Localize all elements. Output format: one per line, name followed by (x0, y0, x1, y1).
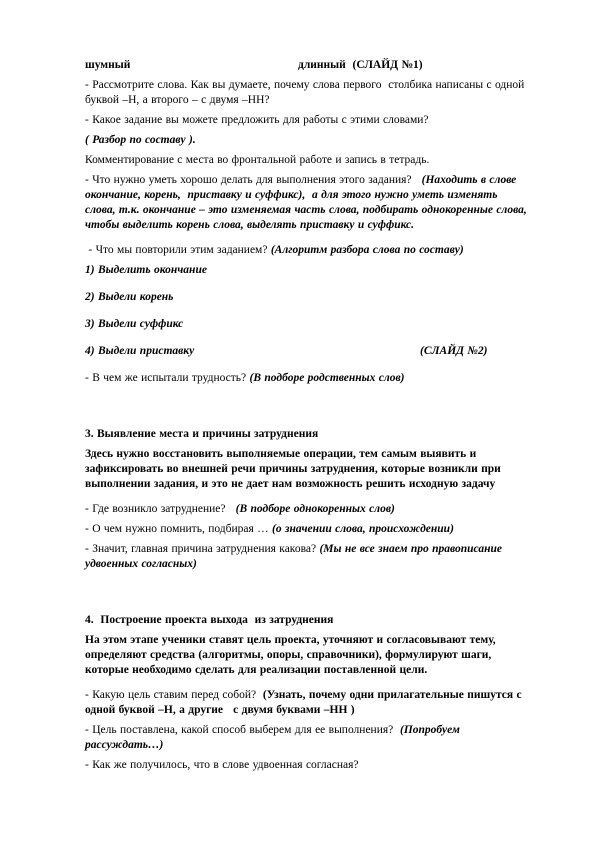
text-run: шумный (85, 59, 130, 71)
text-run: 2) Выдели корень (85, 291, 173, 303)
section-4-heading: 4. Построение проекта выхода из затрудне… (85, 613, 531, 628)
algorithm-step-1: 1) Выделить окончание (85, 263, 531, 278)
method-note: Комментирование с места во фронтальной р… (85, 153, 531, 168)
text-run: (СЛАЙД №2) (420, 344, 487, 359)
section-4-description: На этом этапе ученики ставят цель проект… (85, 633, 531, 678)
algorithm-step-4: 4) Выдели приставку(СЛАЙД №2) (85, 344, 531, 359)
text-run: 3) Выдели суффикс (85, 318, 183, 330)
text-run: (Алгоритм разбора слова по составу) (271, 244, 464, 256)
text-run: - Где возникло затруднение? (85, 503, 236, 515)
section-3-heading: 3. Выявление места и причины затруднения (85, 427, 531, 442)
text-run: Комментирование с места во фронтальной р… (85, 154, 429, 166)
teacher-question: - Как же получилось, что в слове удвоенн… (85, 758, 531, 773)
teacher-question-with-answer: - Что нужно уметь хорошо делать для выпо… (85, 173, 531, 233)
text-run: - Что нужно уметь хорошо делать для выпо… (85, 174, 422, 186)
text-run: На этом этапе ученики ставят цель проект… (85, 634, 499, 676)
teacher-question-with-answer: - Где возникло затруднение? (В подборе о… (85, 502, 531, 517)
teacher-question-with-answer: - Цель поставлена, какой способ выберем … (85, 723, 531, 753)
text-run: 1) Выделить окончание (85, 264, 207, 276)
text-run: 3. Выявление места и причины затруднения (85, 428, 318, 440)
teacher-question-with-answer: - Что мы повторили этим заданием? (Алгор… (85, 243, 531, 258)
text-run: ( Разбор по составу ). (85, 134, 196, 146)
teacher-question-with-answer: - В чем же испытали трудность? (В подбор… (85, 371, 531, 386)
text-run: Здесь нужно восстановить выполняемые опе… (85, 448, 504, 490)
text-run: 4) Выдели приставку (85, 345, 194, 357)
text-run: - Как же получилось, что в слове удвоенн… (85, 759, 359, 771)
text-run: длинный (СЛАЙД №1) (298, 58, 423, 73)
text-run: - Рассмотрите слова. Как вы думаете, поч… (85, 79, 528, 106)
text-run: (В подборе однокоренных слов) (236, 503, 395, 515)
text-run: (о значении слова, происхождении) (272, 523, 454, 535)
algorithm-step-3: 3) Выдели суффикс (85, 317, 531, 332)
text-run: - О чем нужно помнить, подбирая … (85, 523, 272, 535)
text-run: (В подборе родственных слов) (250, 372, 405, 384)
section-3-description: Здесь нужно восстановить выполняемые опе… (85, 447, 531, 492)
text-run: - Значит, главная причина затруднения ка… (85, 543, 319, 555)
text-run: 4. Построение проекта выхода из затрудне… (85, 614, 333, 626)
text-run: - В чем же испытали трудность? (85, 372, 250, 384)
document-page: шумныйдлинный (СЛАЙД №1)- Рассмотрите сл… (0, 0, 595, 842)
teacher-question: - Рассмотрите слова. Как вы думаете, поч… (85, 78, 531, 108)
teacher-question-with-answer: - О чем нужно помнить, подбирая … (о зна… (85, 522, 531, 537)
text-run: - Что мы повторили этим заданием? (85, 244, 271, 256)
teacher-question-with-answer: - Значит, главная причина затруднения ка… (85, 542, 531, 572)
expected-answer: ( Разбор по составу ). (85, 133, 531, 148)
page-content: шумныйдлинный (СЛАЙД №1)- Рассмотрите сл… (85, 58, 531, 773)
text-run: - Какое задание вы можете предложить для… (85, 114, 429, 126)
teacher-question-with-answer: - Какую цель ставим перед собой? (Узнать… (85, 688, 531, 718)
algorithm-step-2: 2) Выдели корень (85, 290, 531, 305)
word-columns-row: шумныйдлинный (СЛАЙД №1) (85, 58, 531, 73)
text-run: - Какую цель ставим перед собой? (85, 689, 263, 701)
teacher-question: - Какое задание вы можете предложить для… (85, 113, 531, 128)
text-run: - Цель поставлена, какой способ выберем … (85, 724, 400, 736)
